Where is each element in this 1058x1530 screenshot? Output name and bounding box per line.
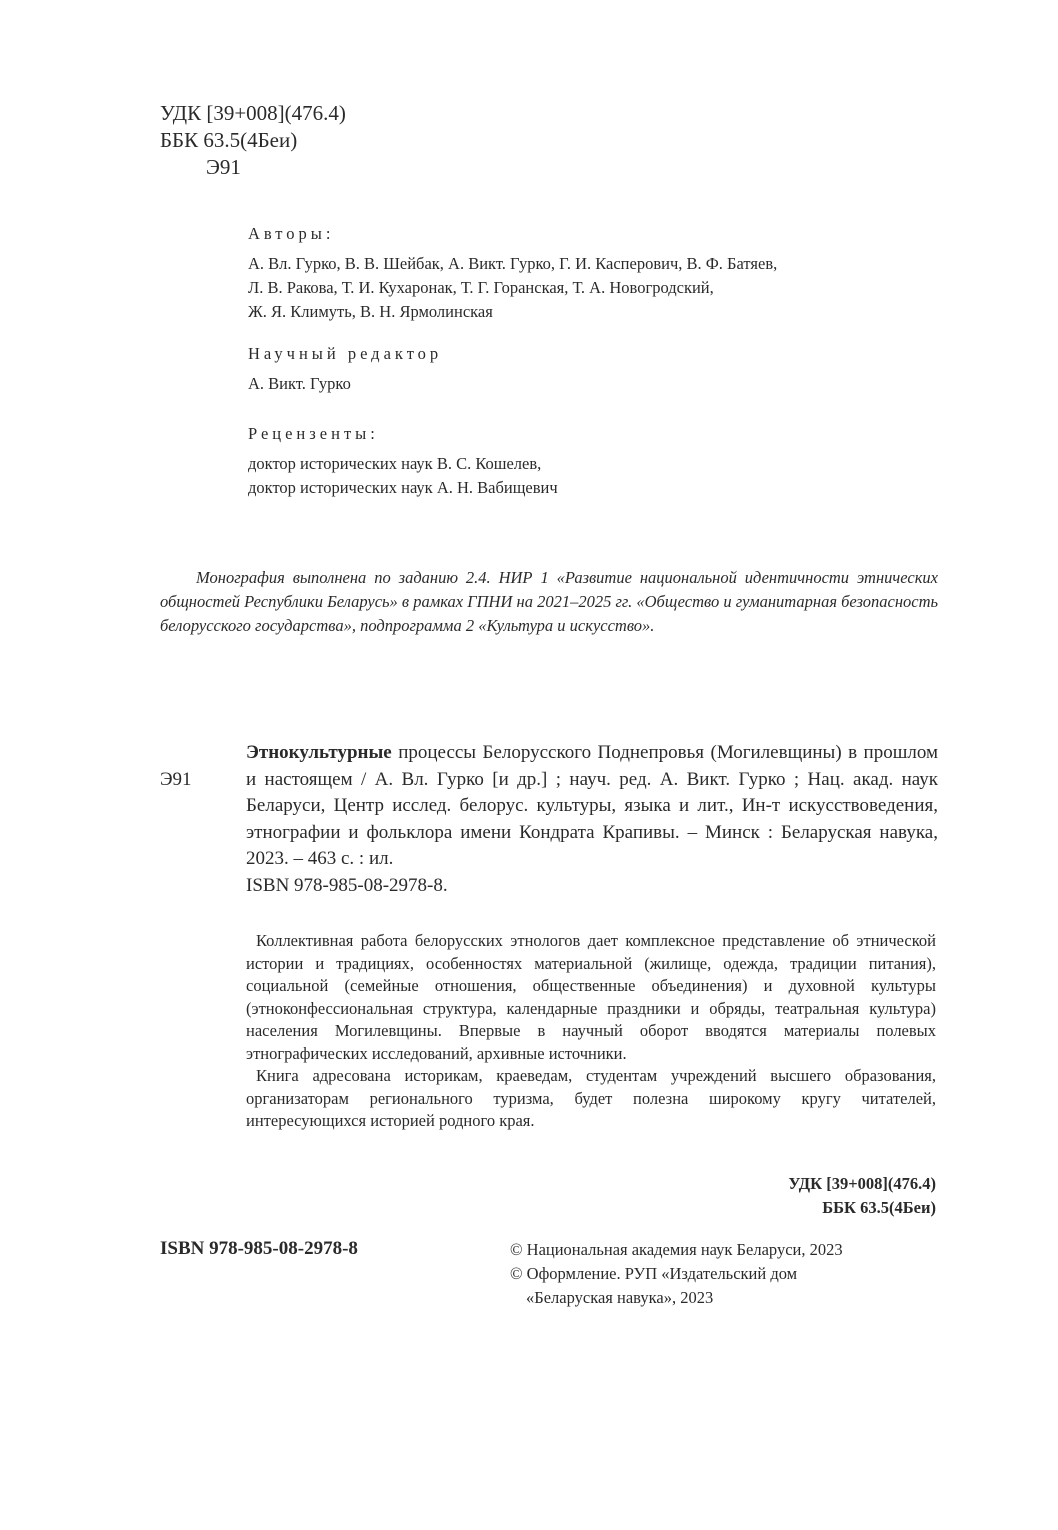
biblio-author-mark: Э91	[160, 767, 192, 794]
footer-classification-codes: УДК [39+008](476.4) ББК 63.5(4Беи)	[788, 1172, 936, 1220]
classification-codes: УДК [39+008](476.4) ББК 63.5(4Беи) Э91	[160, 100, 346, 181]
reviewers-section: Рецензенты: доктор исторических наук В. …	[248, 422, 558, 500]
reviewer-line: доктор исторических наук В. С. Кошелев,	[248, 452, 558, 476]
authors-section: Авторы: А. Вл. Гурко, В. В. Шейбак, А. В…	[248, 222, 777, 324]
author-mark: Э91	[160, 154, 346, 181]
reviewer-line: доктор исторических наук А. Н. Вабищевич	[248, 476, 558, 500]
footer-udk: УДК [39+008](476.4)	[788, 1172, 936, 1196]
editor-name: А. Викт. Гурко	[248, 372, 442, 396]
biblio-title-lead: Этнокультурные	[246, 742, 392, 763]
authors-line: Ж. Я. Климуть, В. Н. Ярмолинская	[248, 300, 777, 324]
footer-bbk: ББК 63.5(4Беи)	[788, 1196, 936, 1220]
funding-note: Монография выполнена по заданию 2.4. НИР…	[160, 566, 938, 638]
bibliographic-record: Э91 Этнокультурные процессы Белорусского…	[160, 740, 938, 899]
footer-isbn: ISBN 978-985-08-2978-8	[160, 1238, 358, 1260]
copyright-line: «Беларуская навука», 2023	[510, 1286, 843, 1310]
bbk-code: ББК 63.5(4Беи)	[160, 127, 346, 154]
authors-label: Авторы:	[248, 222, 777, 246]
authors-line: Л. В. Ракова, Т. И. Кухаронак, Т. Г. Гор…	[248, 276, 777, 300]
authors-line: А. Вл. Гурко, В. В. Шейбак, А. Викт. Гур…	[248, 252, 777, 276]
copyright-line: © Национальная академия наук Беларуси, 2…	[510, 1238, 843, 1262]
annotation-paragraph: Книга адресована историкам, краеведам, с…	[246, 1065, 936, 1133]
reviewers-label: Рецензенты:	[248, 422, 558, 446]
copyright-line: © Оформление. РУП «Издательский дом	[510, 1262, 843, 1286]
annotation: Коллективная работа белорусских этнолого…	[246, 930, 936, 1133]
editor-section: Научный редактор А. Викт. Гурко	[248, 342, 442, 396]
copyright-block: © Национальная академия наук Беларуси, 2…	[510, 1238, 843, 1310]
udk-code: УДК [39+008](476.4)	[160, 100, 346, 127]
annotation-paragraph: Коллективная работа белорусских этнолого…	[246, 930, 936, 1065]
editor-label: Научный редактор	[248, 342, 442, 366]
biblio-isbn: ISBN 978-985-08-2978-8.	[246, 873, 938, 900]
